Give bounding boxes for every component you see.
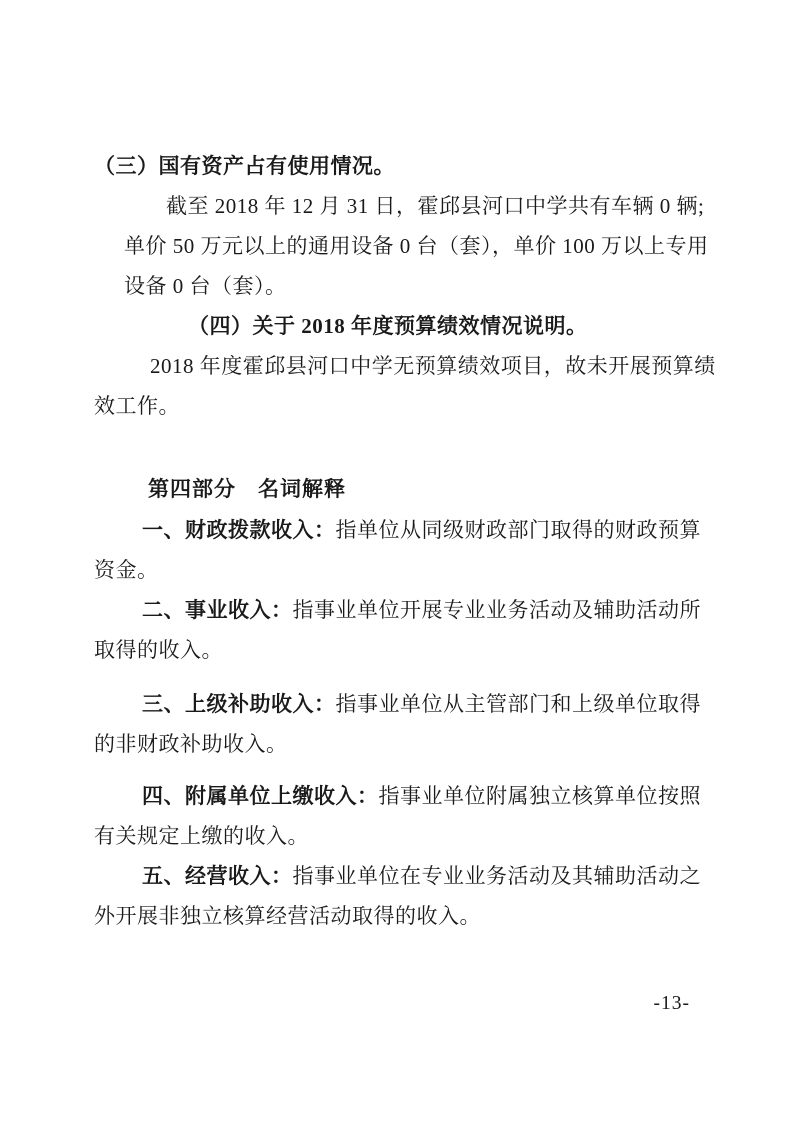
term-definition-line: 五、经营收入：指事业单位在专业业务活动及其辅助活动之 <box>94 856 700 896</box>
section-4-paragraph-line: 2018 年度霍邱县河口中学无预算绩效项目，故未开展预算绩 <box>94 346 700 386</box>
term-lead: 三、上级补助收入： <box>142 692 336 716</box>
part-4-title: 第四部分 名词解释 <box>94 470 700 510</box>
term-definition-line: 四、附属单位上缴收入：指事业单位附属独立核算单位按照 <box>94 776 700 816</box>
term-lead: 五、经营收入： <box>142 864 293 888</box>
term-definition-line: 一、财政拨款收入：指单位从同级财政部门取得的财政预算 <box>94 510 700 550</box>
term-text: 指事业单位从主管部门和上级单位取得 <box>336 692 702 716</box>
term-lead: 四、附属单位上缴收入： <box>142 784 379 808</box>
term-text: 指事业单位开展专业业务活动及辅助活动所 <box>293 598 702 622</box>
section-4-heading: （四）关于 2018 年度预算绩效情况说明。 <box>94 306 700 346</box>
section-3-heading: （三）国有资产占有使用情况。 <box>94 146 700 186</box>
section-3-paragraph-line: 单价 50 万元以上的通用设备 0 台（套），单价 100 万以上专用 <box>124 226 700 266</box>
term-continuation-line: 取得的收入。 <box>94 630 700 670</box>
term-text: 指单位从同级财政部门取得的财政预算 <box>336 518 702 542</box>
page-number: -13- <box>94 992 690 1016</box>
section-4-paragraph-line: 效工作。 <box>94 386 700 426</box>
term-definition-line: 三、上级补助收入：指事业单位从主管部门和上级单位取得 <box>94 684 700 724</box>
term-item: 三、上级补助收入：指事业单位从主管部门和上级单位取得 的非财政补助收入。 <box>94 684 700 764</box>
term-text: 指事业单位在专业业务活动及其辅助活动之 <box>293 864 702 888</box>
term-item: 四、附属单位上缴收入：指事业单位附属独立核算单位按照 有关规定上缴的收入。 <box>94 776 700 856</box>
term-item: 二、事业收入：指事业单位开展专业业务活动及辅助活动所 取得的收入。 <box>94 590 700 670</box>
document-content: （三）国有资产占有使用情况。 截至 2018 年 12 月 31 日，霍邱县河口… <box>0 0 793 1016</box>
section-3-paragraph-line: 截至 2018 年 12 月 31 日，霍邱县河口中学共有车辆 0 辆; <box>124 186 700 226</box>
section-3-paragraph-line: 设备 0 台（套）。 <box>124 266 700 306</box>
term-item: 一、财政拨款收入：指单位从同级财政部门取得的财政预算 资金。 <box>94 510 700 590</box>
term-continuation-line: 有关规定上缴的收入。 <box>94 816 700 856</box>
term-continuation-line: 外开展非独立核算经营活动取得的收入。 <box>94 896 700 936</box>
term-text: 指事业单位附属独立核算单位按照 <box>379 784 702 808</box>
term-lead: 一、财政拨款收入： <box>142 518 336 542</box>
term-lead: 二、事业收入： <box>142 598 293 622</box>
term-item: 五、经营收入：指事业单位在专业业务活动及其辅助活动之 外开展非独立核算经营活动取… <box>94 856 700 936</box>
term-continuation-line: 的非财政补助收入。 <box>94 724 700 764</box>
term-definition-line: 二、事业收入：指事业单位开展专业业务活动及辅助活动所 <box>94 590 700 630</box>
document-page: （三）国有资产占有使用情况。 截至 2018 年 12 月 31 日，霍邱县河口… <box>0 0 793 1122</box>
term-continuation-line: 资金。 <box>94 550 700 590</box>
